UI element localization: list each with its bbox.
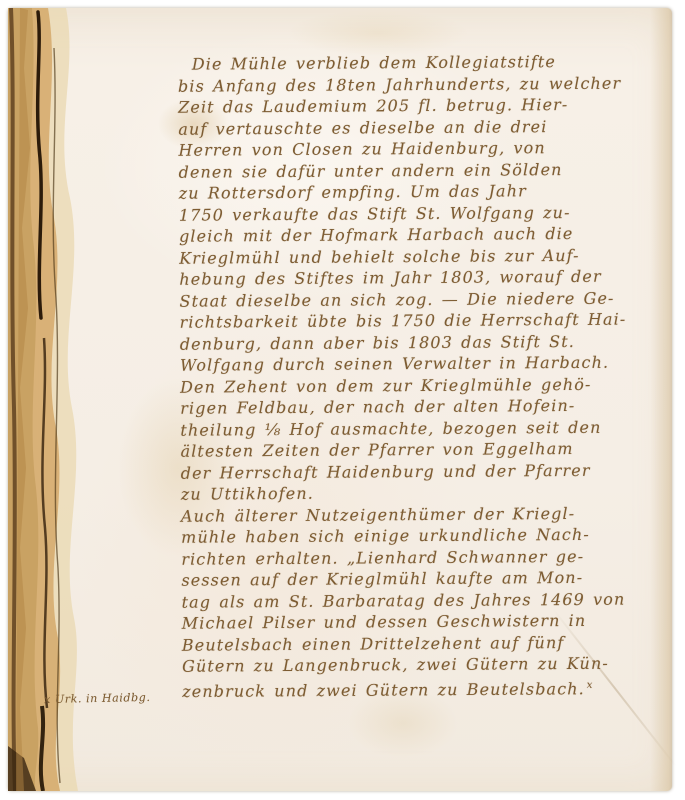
manuscript-page: Die Mühle verblieb dem Kollegiatstifte b… [8, 8, 672, 791]
margin-note: x Urk. in Haidbg. [44, 691, 151, 706]
footnote-marker: x [587, 679, 593, 690]
text-line: Gütern zu Langenbruck, zwei Gütern zu Kü… [182, 652, 668, 677]
scanned-manuscript-image: { "document": { "lines": [ "Die Mühle ve… [0, 0, 685, 800]
text-line: tag als am St. Barbaratag des Jahres 146… [182, 588, 668, 613]
handwritten-text-block: Die Mühle verblieb dem Kollegiatstifte b… [178, 50, 668, 698]
paper-stain [288, 10, 468, 56]
text-line: theilung ⅛ Hof ausmachte, bezogen seit d… [180, 416, 666, 441]
torn-binding-edge [8, 8, 123, 791]
text-line: hebung des Stiftes im Jahr 1803, worauf … [179, 265, 665, 290]
text-line-content: zenbruck und zwei Gütern zu Beutelsbach. [182, 679, 585, 701]
text-line: richtsbarkeit übte bis 1750 die Herrscha… [180, 308, 666, 333]
text-line: Wolfgang durch seinen Verwalter in Harba… [180, 351, 666, 376]
text-line: bis Anfang des 18ten Jahrhunderts, zu we… [178, 72, 664, 97]
text-line: zenbruck und zwei Gütern zu Beutelsbach.… [182, 674, 668, 699]
